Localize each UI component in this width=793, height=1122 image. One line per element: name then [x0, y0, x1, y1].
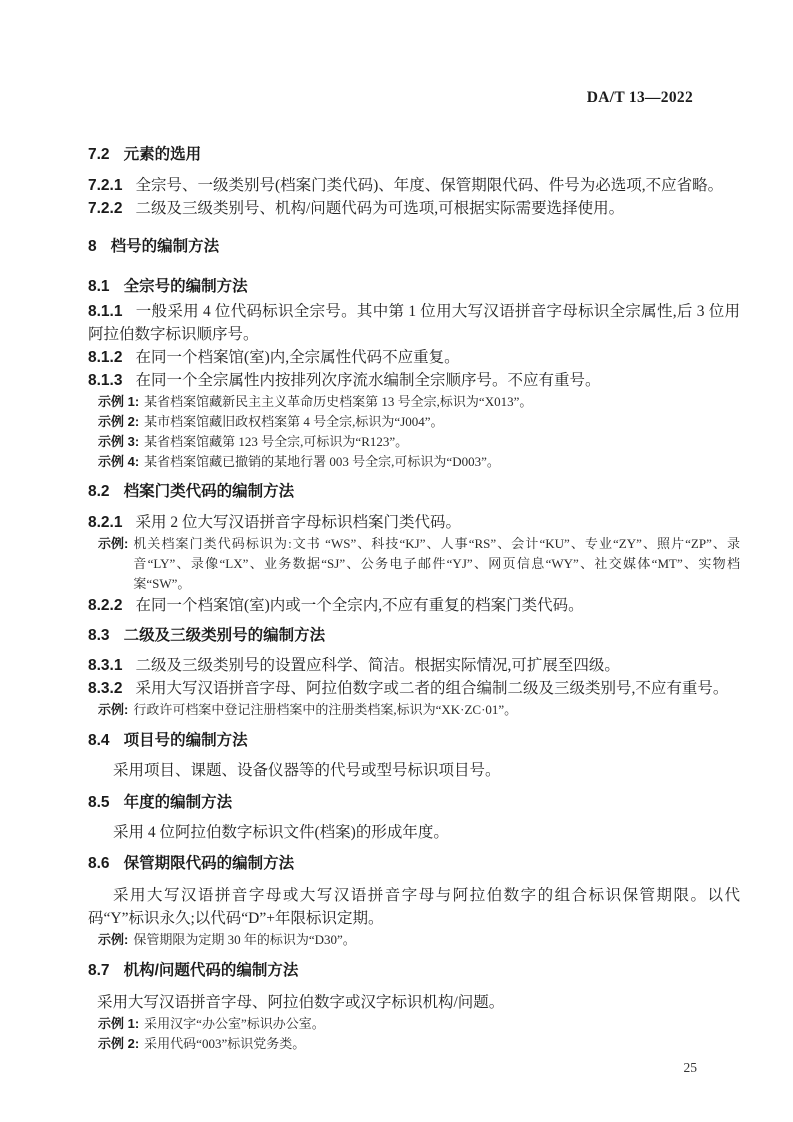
- page-content: DA/T 13—2022 7.2元素的选用 7.2.1全宗号、一级类别号(档案门…: [88, 0, 740, 1078]
- example-note: 示例 1:某省档案馆藏新民主主义革命历史档案第 13 号全宗,标识为“X013”…: [98, 392, 740, 412]
- example-note: 示例:行政许可档案中登记注册档案中的注册类档案,标识为“XK·ZC·01”。: [98, 700, 740, 720]
- page-number: 25: [88, 1058, 740, 1078]
- section-number: 8.5: [88, 791, 110, 814]
- body-paragraph: 采用项目、课题、设备仪器等的代号或型号标识项目号。: [88, 759, 740, 782]
- clause-number: 7.2.1: [88, 177, 135, 194]
- section-heading-8-7: 8.7机构/问题代码的编制方法: [88, 959, 740, 982]
- clause-number: 8.1.3: [88, 372, 135, 389]
- section-number: 8.6: [88, 852, 110, 875]
- example-label: 示例 1:: [98, 1014, 144, 1034]
- example-text: 某市档案馆藏旧政权档案第 4 号全宗,标识为“J004”。: [144, 412, 740, 432]
- clause-number: 8.1.2: [88, 349, 135, 366]
- example-text: 保管期限为定期 30 年的标识为“D30”。: [133, 930, 740, 950]
- example-label: 示例 3:: [98, 432, 144, 452]
- body-paragraph: 采用 4 位阿拉伯数字标识文件(档案)的形成年度。: [88, 821, 740, 844]
- clause-number: 8.2.1: [88, 514, 135, 531]
- clause-8-3-2: 8.3.2采用大写汉语拼音字母、阿拉伯数字或二者的组合编制二级及三级类别号,不应…: [88, 677, 740, 700]
- section-heading-8-6: 8.6保管期限代码的编制方法: [88, 852, 740, 875]
- clause-7-2-2: 7.2.2二级及三级类别号、机构/问题代码为可选项,可根据实际需要选择使用。: [88, 197, 740, 220]
- clause-number: 8.3.2: [88, 680, 135, 697]
- section-number: 8.2: [88, 480, 110, 503]
- section-number: 8: [88, 235, 97, 258]
- body-paragraph: 采用大写汉语拼音字母、阿拉伯数字或汉字标识机构/问题。: [88, 991, 740, 1014]
- section-heading-8-3: 8.3二级及三级类别号的编制方法: [88, 624, 740, 647]
- section-number: 8.3: [88, 624, 110, 647]
- example-note: 示例 2:某市档案馆藏旧政权档案第 4 号全宗,标识为“J004”。: [98, 412, 740, 432]
- section-number: 7.2: [88, 143, 110, 166]
- clause-text: 一般采用 4 位代码标识全宗号。其中第 1 位用大写汉语拼音字母标识全宗属性,后…: [88, 303, 740, 343]
- example-note: 示例:机关档案门类代码标识为:文书 “WS”、科技“KJ”、人事“RS”、会计“…: [98, 534, 740, 594]
- section-title: 档号的编制方法: [111, 238, 220, 255]
- section-number: 8.7: [88, 959, 110, 982]
- section-title: 项目号的编制方法: [124, 732, 248, 749]
- clause-number: 8.2.2: [88, 597, 135, 614]
- clause-number: 8.3.1: [88, 657, 135, 674]
- clause-number: 7.2.2: [88, 200, 135, 217]
- clause-text: 在同一个全宗属性内按排列次序流水编制全宗顺序号。不应有重号。: [135, 372, 600, 389]
- clause-text: 在同一个档案馆(室)内或一个全宗内,不应有重复的档案门类代码。: [135, 597, 583, 614]
- section-number: 8.1: [88, 275, 110, 298]
- example-text: 采用代码“003”标识党务类。: [144, 1034, 740, 1054]
- clause-text: 采用大写汉语拼音字母、阿拉伯数字或二者的组合编制二级及三级类别号,不应有重号。: [135, 680, 728, 697]
- clause-text: 二级及三级类别号、机构/问题代码为可选项,可根据实际需要选择使用。: [135, 200, 624, 217]
- section-title: 机构/问题代码的编制方法: [124, 962, 299, 979]
- example-label: 示例 1:: [98, 392, 144, 412]
- example-text: 某省档案馆藏第 123 号全宗,可标识为“R123”。: [144, 432, 740, 452]
- example-label: 示例:: [98, 930, 133, 950]
- clause-8-2-2: 8.2.2在同一个档案馆(室)内或一个全宗内,不应有重复的档案门类代码。: [88, 594, 740, 617]
- example-note: 示例:保管期限为定期 30 年的标识为“D30”。: [98, 930, 740, 950]
- example-label: 示例:: [98, 700, 133, 720]
- example-text: 机关档案门类代码标识为:文书 “WS”、科技“KJ”、人事“RS”、会计“KU”…: [133, 534, 740, 594]
- example-label: 示例 2:: [98, 1034, 144, 1054]
- example-label: 示例 2:: [98, 412, 144, 432]
- clause-8-2-1: 8.2.1采用 2 位大写汉语拼音字母标识档案门类代码。: [88, 511, 740, 534]
- example-text: 采用汉字“办公室”标识办公室。: [144, 1014, 740, 1034]
- section-title: 二级及三级类别号的编制方法: [124, 627, 326, 644]
- section-title: 元素的选用: [124, 146, 202, 163]
- example-text: 某省档案馆藏新民主主义革命历史档案第 13 号全宗,标识为“X013”。: [144, 392, 740, 412]
- clause-text: 全宗号、一级类别号(档案门类代码)、年度、保管期限代码、件号为必选项,不应省略。: [135, 177, 723, 194]
- section-title: 保管期限代码的编制方法: [124, 855, 295, 872]
- body-paragraph: 采用大写汉语拼音字母或大写汉语拼音字母与阿拉伯数字的组合标识保管期限。以代码“Y…: [88, 884, 740, 930]
- clause-text: 采用 2 位大写汉语拼音字母标识档案门类代码。: [135, 514, 461, 531]
- clause-7-2-1: 7.2.1全宗号、一级类别号(档案门类代码)、年度、保管期限代码、件号为必选项,…: [88, 174, 740, 197]
- section-number: 8.4: [88, 729, 110, 752]
- example-label: 示例 4:: [98, 452, 144, 472]
- example-note: 示例 1:采用汉字“办公室”标识办公室。: [98, 1014, 740, 1034]
- clause-8-3-1: 8.3.1二级及三级类别号的设置应科学、简洁。根据实际情况,可扩展至四级。: [88, 654, 740, 677]
- example-note: 示例 3:某省档案馆藏第 123 号全宗,可标识为“R123”。: [98, 432, 740, 452]
- example-text: 行政许可档案中登记注册档案中的注册类档案,标识为“XK·ZC·01”。: [133, 700, 740, 720]
- example-label: 示例:: [98, 534, 133, 594]
- section-title: 全宗号的编制方法: [124, 278, 248, 295]
- standard-code: DA/T 13—2022: [88, 88, 740, 107]
- section-heading-8-1: 8.1全宗号的编制方法: [88, 275, 740, 298]
- section-heading-7-2: 7.2元素的选用: [88, 143, 740, 166]
- section-title: 年度的编制方法: [124, 794, 233, 811]
- section-heading-8-5: 8.5年度的编制方法: [88, 791, 740, 814]
- example-note: 示例 4:某省档案馆藏已撤销的某地行署 003 号全宗,可标识为“D003”。: [98, 452, 740, 472]
- section-title: 档案门类代码的编制方法: [124, 483, 295, 500]
- section-heading-8-2: 8.2档案门类代码的编制方法: [88, 480, 740, 503]
- example-text: 某省档案馆藏已撤销的某地行署 003 号全宗,可标识为“D003”。: [144, 452, 740, 472]
- clause-8-1-3: 8.1.3在同一个全宗属性内按排列次序流水编制全宗顺序号。不应有重号。: [88, 369, 740, 392]
- document-page: { "header": { "standard_code": "DA/T 13—…: [0, 0, 793, 1122]
- example-note: 示例 2:采用代码“003”标识党务类。: [98, 1034, 740, 1054]
- clause-8-1-1: 8.1.1一般采用 4 位代码标识全宗号。其中第 1 位用大写汉语拼音字母标识全…: [88, 300, 740, 346]
- chapter-heading-8: 8档号的编制方法: [88, 235, 740, 258]
- clause-number: 8.1.1: [88, 303, 135, 320]
- clause-8-1-2: 8.1.2在同一个档案馆(室)内,全宗属性代码不应重复。: [88, 346, 740, 369]
- section-heading-8-4: 8.4项目号的编制方法: [88, 729, 740, 752]
- clause-text: 在同一个档案馆(室)内,全宗属性代码不应重复。: [135, 349, 459, 366]
- clause-text: 二级及三级类别号的设置应科学、简洁。根据实际情况,可扩展至四级。: [135, 657, 619, 674]
